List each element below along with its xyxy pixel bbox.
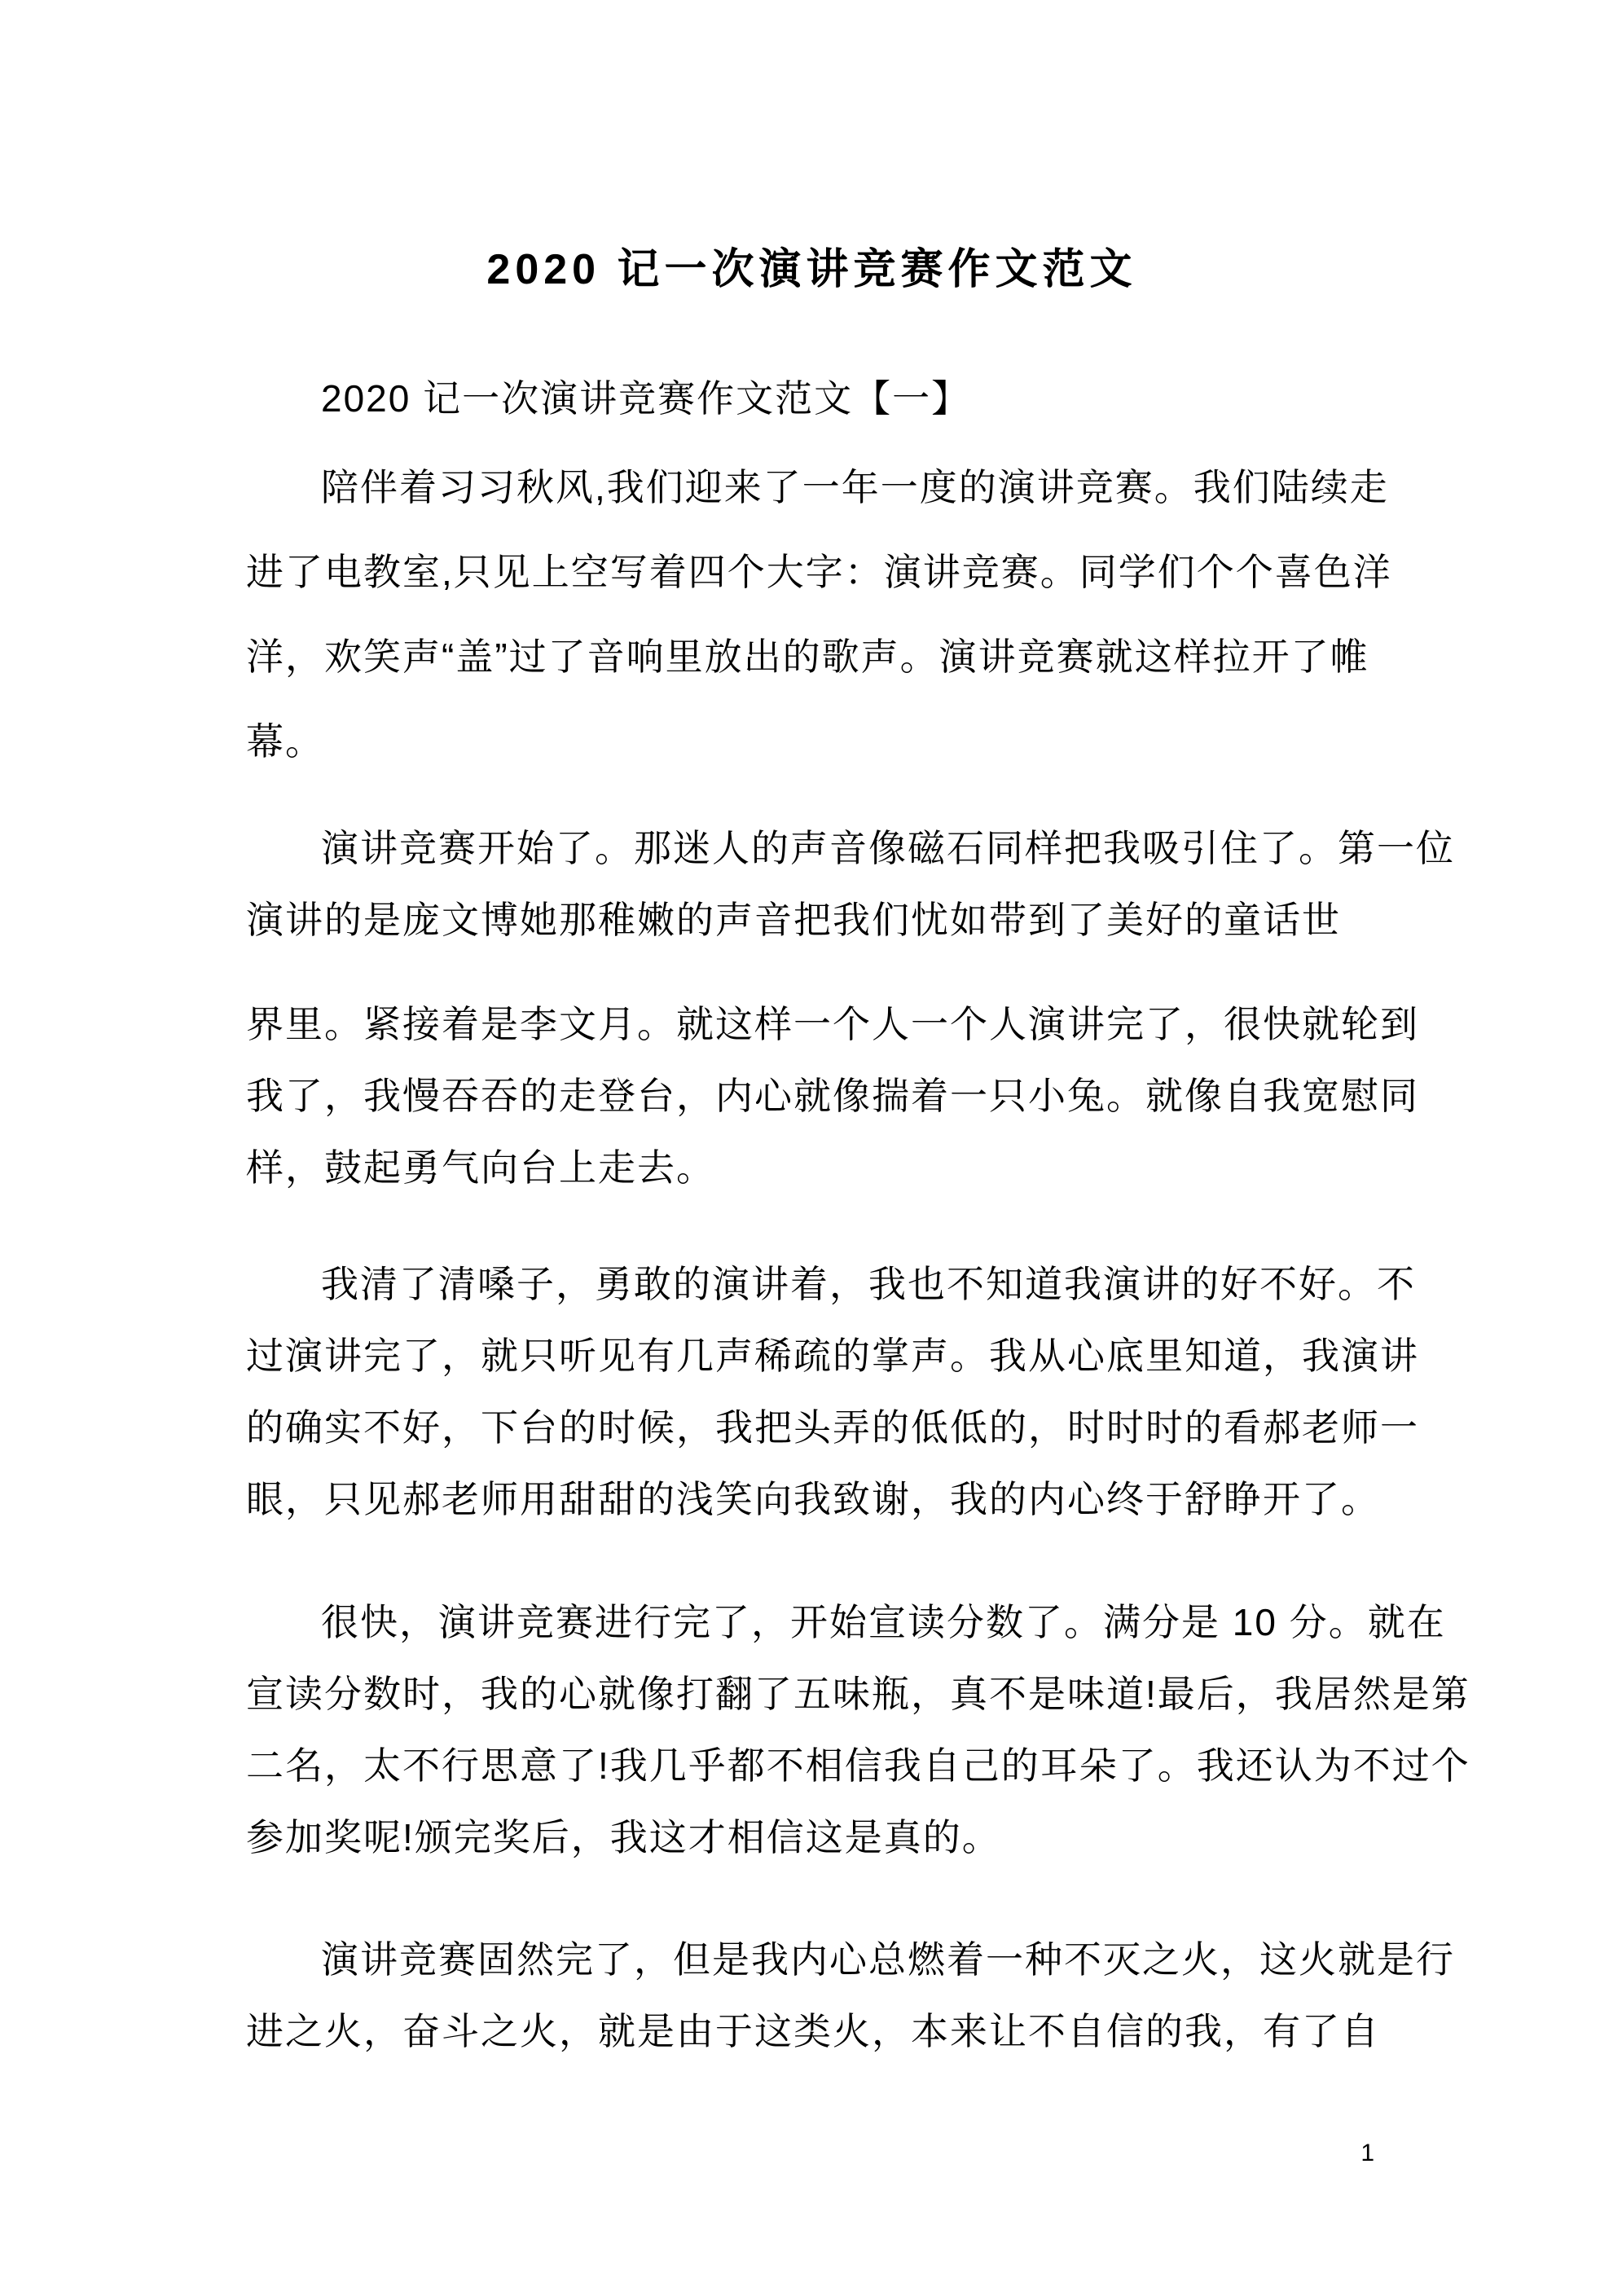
document-title: 2020 记一次演讲竞赛作文范文 [246,249,1378,291]
text-line: 我了，我慢吞吞的走登台，内心就像揣着一只小兔。就像自我宽慰同 [246,1077,1378,1115]
document-page: 2020 记一次演讲竞赛作文范文 2020 记一次演讲竞赛作文范文【一】 陪伴着… [0,0,1622,2296]
paragraph-5: 很快，演讲竞赛进行完了，开始宣读分数了。满分是 10 分。就在 宣读分数时，我的… [246,1603,1378,1856]
paragraph-1: 陪伴着习习秋风,我们迎来了一年一度的演讲竞赛。我们陆续走 进了电教室,只见上空写… [246,468,1378,760]
text-line: 洋，欢笑声“盖”过了音响里放出的歌声。演讲竞赛就这样拉开了帷 [246,638,1378,675]
paragraph-6: 演讲竞赛固然完了，但是我内心总燃着一种不灭之火，这火就是行 进之火，奋斗之火，就… [246,1941,1378,2050]
text-line: 我清了清嗓子，勇敢的演讲着，我也不知道我演讲的好不好。不 [246,1265,1378,1303]
text-line: 界里。紧接着是李文月。就这样一个人一个人演讲完了，很快就轮到 [246,1005,1378,1043]
text-line: 过演讲完了，就只听见有几声稀疏的掌声。我从心底里知道，我演讲 [246,1337,1378,1375]
text-line: 参加奖呢!颁完奖后，我这才相信这是真的。 [246,1819,1378,1856]
text-line: 眼，只见郝老师用甜甜的浅笑向我致谢，我的内心终于舒睁开了。 [246,1480,1378,1518]
document-subtitle: 2020 记一次演讲竞赛作文范文【一】 [246,380,1378,417]
page-number: 1 [1360,2141,1374,2166]
paragraph-3: 界里。紧接着是李文月。就这样一个人一个人演讲完了，很快就轮到 我了，我慢吞吞的走… [246,1005,1378,1186]
text-line: 二名，太不行思意了!我几乎都不相信我自己的耳朵了。我还认为不过个 [246,1747,1378,1784]
paragraph-2: 演讲竞赛开始了。那迷人的声音像磁石同样把我吸引住了。第一位 演讲的是庞文博她那稚… [246,829,1378,939]
text-line: 进之火，奋斗之火，就是由于这类火，本来让不自信的我，有了自 [246,2012,1378,2050]
paragraph-4: 我清了清嗓子，勇敢的演讲着，我也不知道我演讲的好不好。不 过演讲完了，就只听见有… [246,1265,1378,1518]
text-line: 陪伴着习习秋风,我们迎来了一年一度的演讲竞赛。我们陆续走 [246,468,1378,506]
text-line: 的确实不好，下台的时候，我把头弄的低低的，时时时的看郝老师一 [246,1409,1378,1446]
text-line: 演讲的是庞文博她那稚嫩的声音把我们忧如带到了美好的童话世 [246,901,1378,939]
text-line: 演讲竞赛固然完了，但是我内心总燃着一种不灭之火，这火就是行 [246,1941,1378,1978]
text-line: 宣读分数时，我的心就像打翻了五味瓶，真不是味道!最后，我居然是第 [246,1675,1378,1713]
text-line: 幕。 [246,723,1378,760]
text-line: 很快，演讲竞赛进行完了，开始宣读分数了。满分是 10 分。就在 [246,1603,1378,1641]
text-line: 进了电教室,只见上空写着四个大字：演讲竞赛。同学们个个喜色洋 [246,553,1378,591]
text-line: 样，鼓起勇气向台上走去。 [246,1149,1378,1186]
text-line: 演讲竞赛开始了。那迷人的声音像磁石同样把我吸引住了。第一位 [246,829,1378,867]
